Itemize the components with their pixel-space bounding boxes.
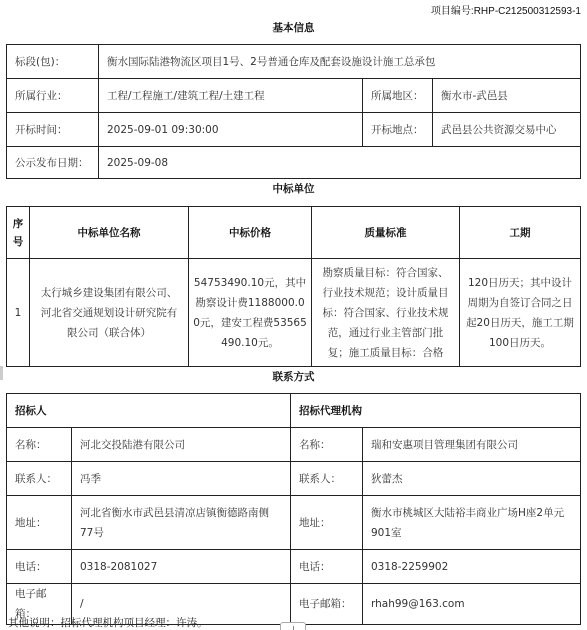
- contact-title: 联系方式: [0, 369, 587, 384]
- agency-address: 衡水市桃城区大陆裕丰商业广场H座2单元901室: [363, 496, 581, 550]
- open-time-label: 开标时间：: [7, 113, 99, 147]
- tenderer-name-label: 名称：: [7, 428, 72, 462]
- other-note: 其他说明：招标代理机构项目经理：许涛。: [8, 615, 208, 630]
- tenderer-person: 冯季: [72, 462, 291, 496]
- header-seq: 序号: [7, 207, 30, 259]
- section-label: 标段(包)：: [7, 45, 99, 79]
- winner-price: 54753490.10元，其中勘察设计费1188000.00元，建安工程费535…: [189, 259, 312, 367]
- agency-person-label: 联系人：: [291, 462, 363, 496]
- publish-date-value: 2025-09-08: [99, 147, 581, 179]
- industry-value: 工程/工程施工/建筑工程/土建工程: [99, 79, 363, 113]
- section-value: 衡水国际陆港物流区项目1号、2号普通仓库及配套设施设计施工总承包: [99, 45, 581, 79]
- publish-date-label: 公示发布日期：: [7, 147, 99, 179]
- agency-email[interactable]: rhah99@163.com: [363, 584, 581, 625]
- project-number: 项目编号:RHP-C212500312593-1: [431, 2, 581, 17]
- contact-row-phone: 电话： 0318-2081027 电话： 0318-2259902: [7, 550, 581, 584]
- tenderer-address: 河北省衡水市武邑县清凉店镇衡德路南侧77号: [72, 496, 291, 550]
- agency-person: 狄蕾杰: [363, 462, 581, 496]
- agency-name-label: 名称：: [291, 428, 363, 462]
- agency-address-label: 地址：: [291, 496, 363, 550]
- agency-header: 招标代理机构: [291, 394, 581, 428]
- agency-name: 瑞和安惠项目管理集团有限公司: [363, 428, 581, 462]
- tenderer-person-label: 联系人：: [7, 462, 72, 496]
- header-quality: 质量标准: [312, 207, 460, 259]
- winner-period: 120日历天；其中设计周期为自签订合同之日起20日历天，施工工期100日历天。: [460, 259, 581, 367]
- agency-email-label: 电子邮箱：: [291, 584, 363, 625]
- contact-row-person: 联系人： 冯季 联系人： 狄蕾杰: [7, 462, 581, 496]
- table-row: 1 太行城乡建设集团有限公司、河北省交通规划设计研究院有限公司（联合体） 547…: [7, 259, 581, 367]
- tenderer-address-label: 地址：: [7, 496, 72, 550]
- row-industry: 所属行业： 工程/工程施工/建筑工程/土建工程 所属地区： 衡水市-武邑县: [7, 79, 581, 113]
- tenderer-phone: 0318-2081027: [72, 550, 291, 584]
- winner-table: 序号 中标单位名称 中标价格 质量标准 工期 1 太行城乡建设集团有限公司、河北…: [6, 206, 581, 367]
- winner-title: 中标单位: [0, 181, 587, 196]
- row-open-time: 开标时间： 2025-09-01 09:30:00 开标地点： 武邑县公共资源交…: [7, 113, 581, 147]
- tenderer-name: 河北交投陆港有限公司: [72, 428, 291, 462]
- tenderer-header: 招标人: [7, 394, 291, 428]
- agency-phone-label: 电话：: [291, 550, 363, 584]
- contact-row-name: 名称： 河北交投陆港有限公司 名称： 瑞和安惠项目管理集团有限公司: [7, 428, 581, 462]
- open-place-label: 开标地点：: [363, 113, 433, 147]
- basic-info-title: 基本信息: [0, 20, 587, 35]
- agency-phone: 0318-2259902: [363, 550, 581, 584]
- header-price: 中标价格: [189, 207, 312, 259]
- contact-row-address: 地址： 河北省衡水市武邑县清凉店镇衡德路南侧77号 地址： 衡水市桃城区大陆裕丰…: [7, 496, 581, 550]
- open-time-value: 2025-09-01 09:30:00: [99, 113, 363, 147]
- winner-seq: 1: [7, 259, 30, 367]
- industry-label: 所属行业：: [7, 79, 99, 113]
- header-name: 中标单位名称: [30, 207, 189, 259]
- winner-quality: 勘察质量目标：符合国家、行业技术规范；设计质量目标：符合国家、行业技术规范，通过…: [312, 259, 460, 367]
- row-publish-date: 公示发布日期： 2025-09-08: [7, 147, 581, 179]
- scroll-handle[interactable]: [280, 622, 306, 630]
- header-period: 工期: [460, 207, 581, 259]
- contact-header-row: 招标人 招标代理机构: [7, 394, 581, 428]
- region-value: 衡水市-武邑县: [433, 79, 581, 113]
- row-section: 标段(包)： 衡水国际陆港物流区项目1号、2号普通仓库及配套设施设计施工总承包: [7, 45, 581, 79]
- region-label: 所属地区：: [363, 79, 433, 113]
- tenderer-phone-label: 电话：: [7, 550, 72, 584]
- winner-header-row: 序号 中标单位名称 中标价格 质量标准 工期: [7, 207, 581, 259]
- open-place-value: 武邑县公共资源交易中心: [433, 113, 581, 147]
- basic-info-table: 标段(包)： 衡水国际陆港物流区项目1号、2号普通仓库及配套设施设计施工总承包 …: [6, 44, 581, 179]
- winner-name: 太行城乡建设集团有限公司、河北省交通规划设计研究院有限公司（联合体）: [30, 259, 189, 367]
- contact-table: 招标人 招标代理机构 名称： 河北交投陆港有限公司 名称： 瑞和安惠项目管理集团…: [6, 393, 581, 625]
